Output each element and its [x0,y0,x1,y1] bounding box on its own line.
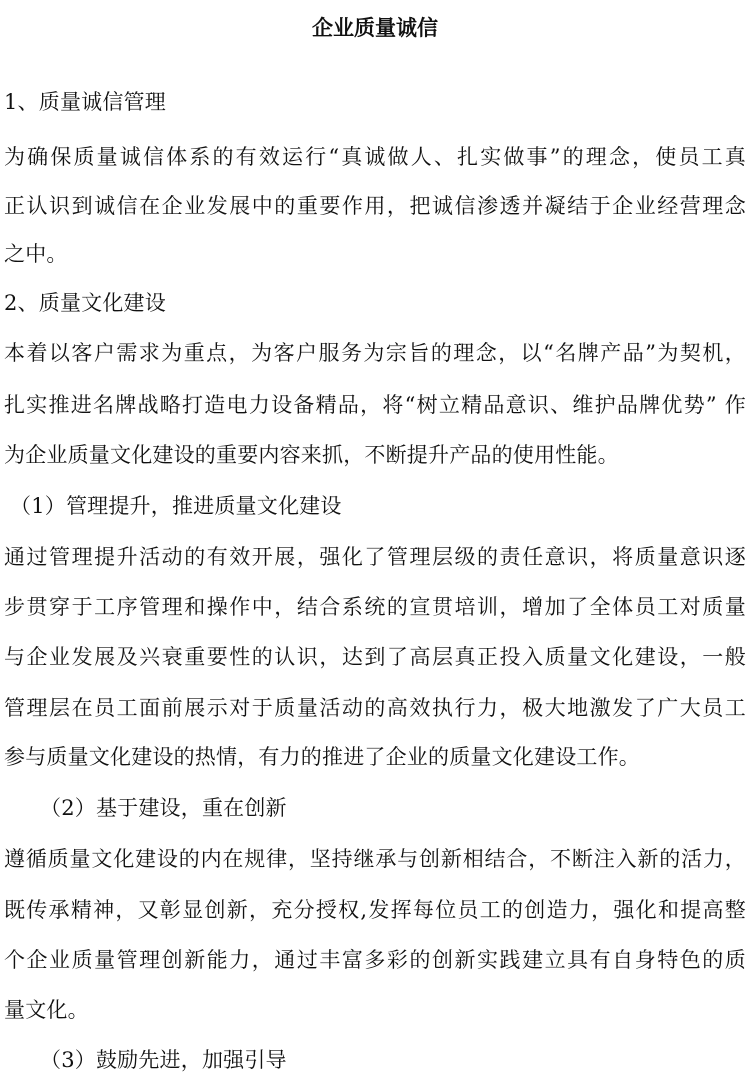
document-page: 企业质量诚信 1、质量诚信管理 为确保质量诚信体系的有效运行“真诚做人、扎实做事… [0,0,750,1087]
paragraph-line: 个企业质量管理创新能力，通过丰富多彩的创新实践建立具有自身特色的质 [4,946,746,974]
paragraph-line: 正认识到诚信在企业发展中的重要作用，把诚信渗透并凝结于企业经营理念 [4,192,746,220]
paragraph-line: 扎实推进名牌战略打造电力设备精品，将“树立精品意识、维护品牌优势” 作 [4,391,746,419]
paragraph-line: 与企业发展及兴衰重要性的认识，达到了高层真正投入质量文化建设，一般 [4,643,746,671]
paragraph-line: 参与质量文化建设的热情，有力的推进了企业的质量文化建设工作。 [4,743,746,771]
document-title: 企业质量诚信 [0,14,750,42]
paragraph-line: 为企业质量文化建设的重要内容来抓，不断提升产品的使用性能。 [4,441,746,469]
section-heading-1: 1、质量诚信管理 [4,88,746,116]
paragraph-line: 通过管理提升活动的有效开展，强化了管理层级的责任意识，将质量意识逐 [4,543,746,571]
paragraph-line: 遵循质量文化建设的内在规律，坚持继承与创新相结合，不断注入新的活力， [4,845,746,873]
subsection-heading-3: （3）鼓励先进，加强引导 [40,1046,750,1074]
paragraph-line: 为确保质量诚信体系的有效运行“真诚做人、扎实做事”的理念，使员工真 [4,143,746,171]
paragraph-line: 步贯穿于工序管理和操作中，结合系统的宣贯培训，增加了全体员工对质量 [4,593,746,621]
subsection-heading-2: （2）基于建设，重在创新 [40,794,750,822]
paragraph-line: 既传承精神，又彰显创新，充分授权,发挥每位员工的创造力，强化和提高整 [4,896,746,924]
paragraph-line: 本着以客户需求为重点，为客户服务为宗旨的理念，以“名牌产品”为契机， [4,339,746,367]
paragraph-line: 量文化。 [4,996,746,1024]
paragraph-line: 管理层在员工面前展示对于质量活动的高效执行力，极大地激发了广大员工 [4,694,746,722]
paragraph-line: 之中。 [4,240,746,268]
subsection-heading-1: （1）管理提升，推进质量文化建设 [10,492,750,520]
section-heading-2: 2、质量文化建设 [4,289,746,317]
